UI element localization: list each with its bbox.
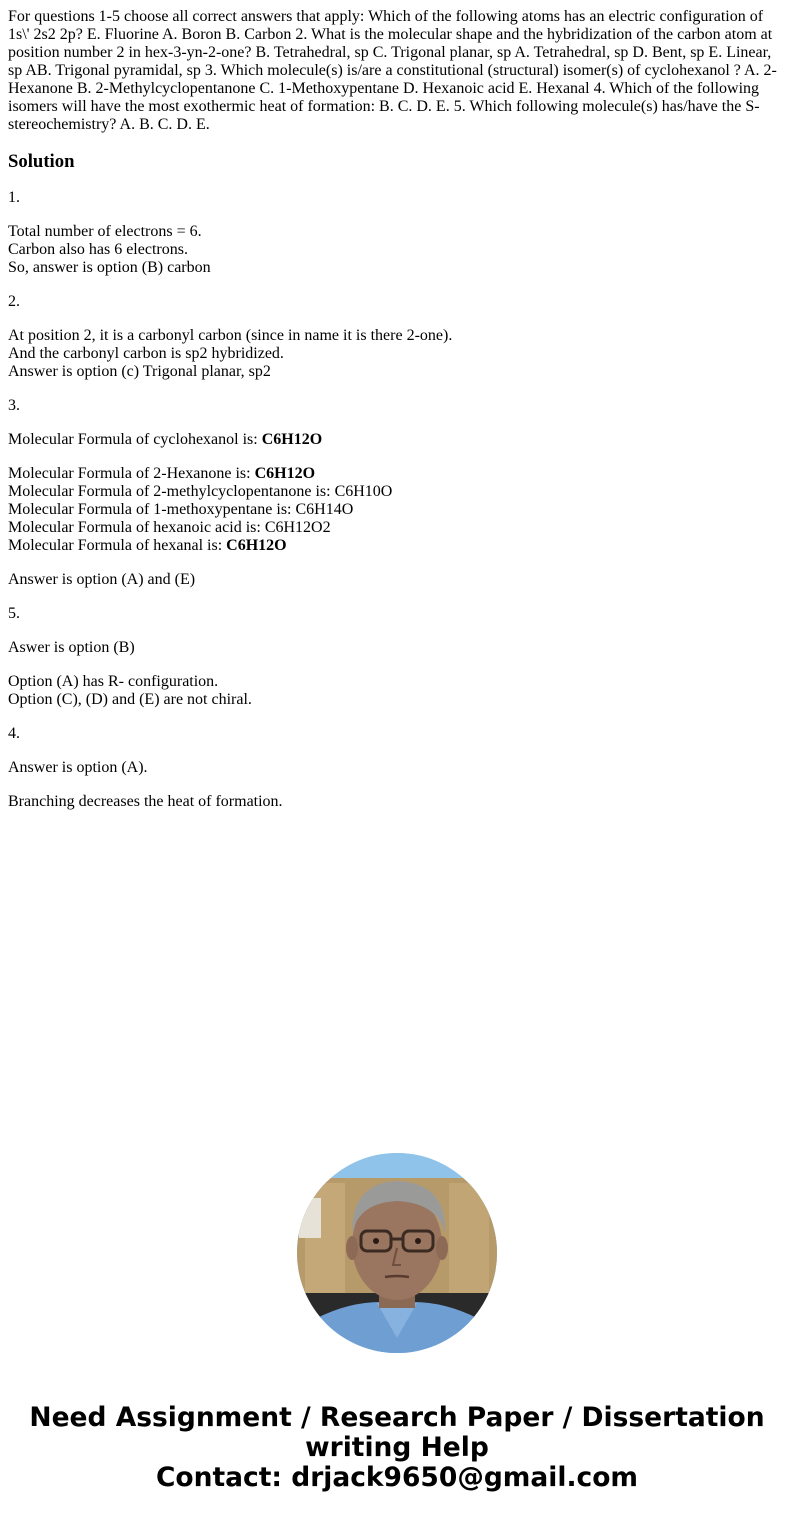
- document-content: For questions 1-5 choose all correct ans…: [8, 8, 786, 827]
- q3-number: 3.: [8, 397, 786, 415]
- solution-heading: Solution: [8, 151, 786, 173]
- formula-value: C6H10O: [335, 483, 393, 500]
- author-avatar: [297, 1153, 497, 1353]
- q2-line: At position 2, it is a carbonyl carbon (…: [8, 327, 786, 345]
- q2-number: 2.: [8, 293, 786, 311]
- question-text: For questions 1-5 choose all correct ans…: [8, 8, 786, 134]
- q5-number: 5.: [8, 605, 786, 623]
- formula-value: C6H12O: [226, 537, 286, 554]
- q1-line: So, answer is option (B) carbon: [8, 259, 786, 277]
- q4-explanation: Branching decreases the heat of formatio…: [8, 793, 786, 811]
- q1-line: Carbon also has 6 electrons.: [8, 241, 786, 259]
- formula-row: Molecular Formula of 2-Hexanone is: C6H1…: [8, 465, 786, 483]
- promo-line: writing Help: [0, 1433, 794, 1463]
- q5-explanation: Option (A) has R- configuration. Option …: [8, 673, 786, 709]
- q4-number: 4.: [8, 725, 786, 743]
- formula-label: Molecular Formula of 2-Hexanone is:: [8, 465, 255, 482]
- q1-number: 1.: [8, 189, 786, 207]
- q1-line: Total number of electrons = 6.: [8, 223, 786, 241]
- q5-line: Option (A) has R- configuration.: [8, 673, 786, 691]
- promo-banner: Need Assignment / Research Paper / Disse…: [0, 1403, 794, 1493]
- q1-answer-block: Total number of electrons = 6. Carbon al…: [8, 223, 786, 277]
- formula-row: Molecular Formula of hexanoic acid is: C…: [8, 519, 786, 537]
- q3-cyclohexanol-formula: Molecular Formula of cyclohexanol is: C6…: [8, 431, 786, 449]
- promo-line: Need Assignment / Research Paper / Disse…: [0, 1403, 794, 1433]
- formula-row: Molecular Formula of 1-methoxypentane is…: [8, 501, 786, 519]
- formula-label: Molecular Formula of 1-methoxypentane is…: [8, 501, 295, 518]
- q5-line: Option (C), (D) and (E) are not chiral.: [8, 691, 786, 709]
- formula-row: Molecular Formula of hexanal is: C6H12O: [8, 537, 786, 555]
- q2-line: And the carbonyl carbon is sp2 hybridize…: [8, 345, 786, 363]
- formula-value: C6H12O: [255, 465, 315, 482]
- q4-answer: Answer is option (A).: [8, 759, 786, 777]
- person-photo-icon: [297, 1153, 497, 1353]
- formula-label: Molecular Formula of hexanal is:: [8, 537, 226, 554]
- promo-contact: Contact: drjack9650@gmail.com: [0, 1463, 794, 1493]
- formula-row: Molecular Formula of 2-methylcyclopentan…: [8, 483, 786, 501]
- formula-label: Molecular Formula of cyclohexanol is:: [8, 431, 262, 448]
- q5-answer: Aswer is option (B): [8, 639, 786, 657]
- formula-label: Molecular Formula of hexanoic acid is:: [8, 519, 265, 536]
- formula-value: C6H12O: [262, 431, 322, 448]
- formula-value: C6H12O2: [265, 519, 331, 536]
- q2-answer-block: At position 2, it is a carbonyl carbon (…: [8, 327, 786, 381]
- formula-value: C6H14O: [295, 501, 353, 518]
- formula-label: Molecular Formula of 2-methylcyclopentan…: [8, 483, 335, 500]
- q3-answer: Answer is option (A) and (E): [8, 571, 786, 589]
- q3-formula-list: Molecular Formula of 2-Hexanone is: C6H1…: [8, 465, 786, 555]
- q2-line: Answer is option (c) Trigonal planar, sp…: [8, 363, 786, 381]
